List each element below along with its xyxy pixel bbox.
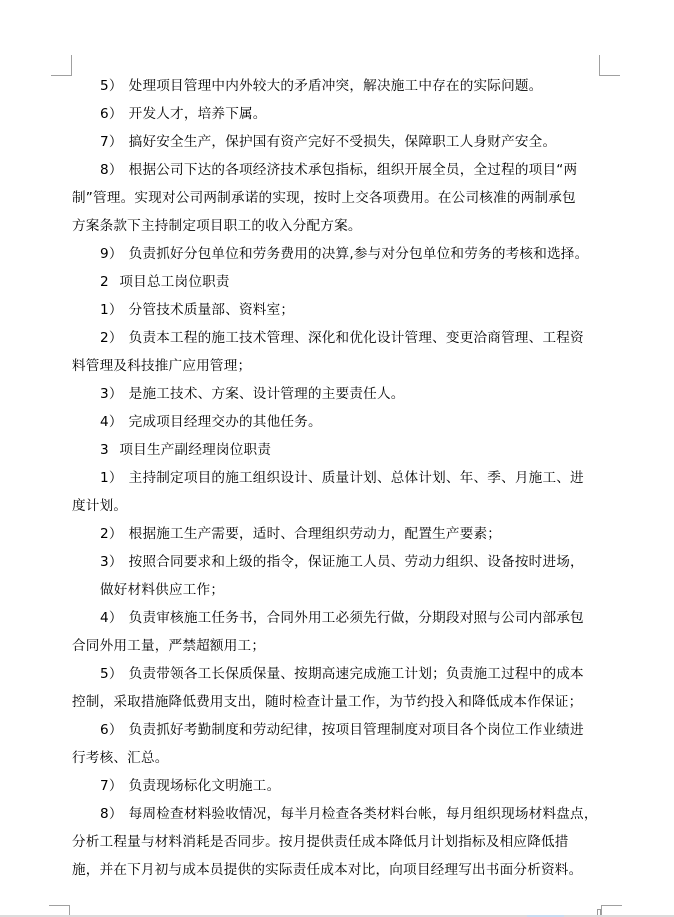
document-line: 8）根据公司下达的各项经济技术承包指标，组织开展全员，全过程的项目“两 — [72, 156, 602, 184]
line-text: 负责抓好考勤制度和劳动纪律，按项目管理制度对项目各个岗位工作业绩进 — [129, 722, 584, 738]
line-text: 控制，采取措施降低费用支出，随时检查计量工作，为节约投入和降低成本作保证； — [72, 694, 582, 710]
line-text: 负责审核施工任务书，合同外用工必须先行做，分期段对照与公司内部承包 — [129, 610, 584, 626]
line-text: 分管技术质量部、资料室； — [129, 302, 295, 318]
line-text: 根据公司下达的各项经济技术承包指标，组织开展全员，全过程的项目“两 — [129, 162, 578, 178]
line-text: 处理项目管理中内外较大的矛盾冲突，解决施工中存在的实际问题。 — [129, 78, 543, 94]
line-text: 料管理及科技推广应用管理； — [72, 358, 251, 374]
document-line: 控制，采取措施降低费用支出，随时检查计量工作，为节约投入和降低成本作保证； — [72, 688, 602, 716]
document-line: 2）负责本工程的施工技术管理、深化和优化设计管理、变更洽商管理、工程资 — [72, 324, 602, 352]
line-text: 完成项目经理交办的其他任务。 — [129, 414, 322, 430]
list-number: 9） — [100, 240, 123, 268]
list-number: 7） — [100, 772, 123, 800]
page-corner-mark-top-left — [51, 55, 72, 76]
document-line: 3）按照合同要求和上级的指令，保证施工人员、劳动力组织、设备按时进场， — [72, 548, 602, 576]
list-number: 2） — [100, 324, 123, 352]
line-text: 项目总工岗位职责 — [115, 274, 230, 290]
document-line: 6）负责抓好考勤制度和劳动纪律，按项目管理制度对项目各个岗位工作业绩进 — [72, 716, 602, 744]
list-number: 5） — [100, 72, 123, 100]
document-line: 5）处理项目管理中内外较大的矛盾冲突，解决施工中存在的实际问题。 — [72, 72, 602, 100]
line-text: 施，并在下月初与成本员提供的实际责任成本对比，向项目经理写出书面分析资料。 — [72, 862, 582, 878]
list-number: 7） — [100, 128, 123, 156]
document-line: 6）开发人才，培养下属。 — [72, 100, 602, 128]
line-text: 按照合同要求和上级的指令，保证施工人员、劳动力组织、设备按时进场， — [129, 554, 584, 570]
document-line: 7）负责现场标化文明施工。 — [72, 772, 602, 800]
line-text: 负责抓好分包单位和劳务费用的决算,参与对分包单位和劳务的考核和选择。 — [129, 246, 589, 262]
line-text: 负责带领各工长保质保量、按期高速完成施工计划；负责施工过程中的成本 — [129, 666, 584, 682]
line-text: 做好材料供应工作； — [100, 582, 224, 598]
list-number: 3） — [100, 380, 123, 408]
line-text: 合同外用工量，严禁超额用工； — [72, 638, 265, 654]
document-line: 3 项目生产副经理岗位职责 — [72, 436, 602, 464]
list-number: 8） — [100, 156, 123, 184]
line-text: 开发人才，培养下属。 — [129, 106, 267, 122]
list-number: 4） — [100, 408, 123, 436]
list-number: 1） — [100, 464, 123, 492]
document-line: 1）分管技术质量部、资料室； — [72, 296, 602, 324]
document-line: 料管理及科技推广应用管理； — [72, 352, 602, 380]
list-number: 3） — [100, 548, 123, 576]
document-line: 8）每周检查材料验收情况，每半月检查各类材料台帐，每月组织现场材料盘点， — [72, 800, 602, 828]
list-number: 5） — [100, 660, 123, 688]
document-line: 5）负责带领各工长保质保量、按期高速完成施工计划；负责施工过程中的成本 — [72, 660, 602, 688]
line-text: 度计划。 — [72, 498, 127, 514]
list-number: 8） — [100, 800, 123, 828]
document-line: 1）主持制定项目的施工组织设计、质量计划、总体计划、年、季、月施工、进 — [72, 464, 602, 492]
document-line: 分析工程量与材料消耗是否同步。按月提供责任成本降低月计划指标及相应降低措 — [72, 828, 602, 856]
line-text: 主持制定项目的施工组织设计、质量计划、总体计划、年、季、月施工、进 — [129, 470, 584, 486]
line-text: 方案条款下主持制定项目职工的收入分配方案。 — [72, 218, 362, 234]
page-corner-mark-top-right — [599, 55, 620, 76]
list-number: 6） — [100, 716, 123, 744]
document-line: 7）搞好安全生产，保护国有资产完好不受损失，保障职工人身财产安全。 — [72, 128, 602, 156]
document-line: 制”管理。实现对公司两制承诺的实现，按时上交各项费用。在公司核准的两制承包 — [72, 184, 602, 212]
document-line: 施，并在下月初与成本员提供的实际责任成本对比，向项目经理写出书面分析资料。 — [72, 856, 602, 884]
line-text: 分析工程量与材料消耗是否同步。按月提供责任成本降低月计划指标及相应降低措 — [72, 834, 569, 850]
document-line: 4）完成项目经理交办的其他任务。 — [72, 408, 602, 436]
document-line: 3）是施工技术、方案、设计管理的主要责任人。 — [72, 380, 602, 408]
document-line: 2）根据施工生产需要，适时、合理组织劳动力，配置生产要素； — [72, 520, 602, 548]
line-text: 每周检查材料验收情况，每半月检查各类材料台帐，每月组织现场材料盘点， — [129, 806, 598, 822]
list-number: 2 — [100, 268, 109, 296]
line-text: 根据施工生产需要，适时、合理组织劳动力，配置生产要素； — [129, 526, 501, 542]
document-line: 合同外用工量，严禁超额用工； — [72, 632, 602, 660]
line-text: 搞好安全生产，保护国有资产完好不受损失，保障职工人身财产安全。 — [129, 134, 557, 150]
line-text: 负责本工程的施工技术管理、深化和优化设计管理、变更洽商管理、工程资 — [129, 330, 584, 346]
list-number: 2） — [100, 520, 123, 548]
document-line: 行考核、汇总。 — [72, 744, 602, 772]
line-text: 行考核、汇总。 — [72, 750, 169, 766]
document-line: 4）负责审核施工任务书，合同外用工必须先行做，分期段对照与公司内部承包 — [72, 604, 602, 632]
line-text: 是施工技术、方案、设计管理的主要责任人。 — [129, 386, 405, 402]
document-line: 2 项目总工岗位职责 — [72, 268, 602, 296]
line-text: 负责现场标化文明施工。 — [129, 778, 281, 794]
document-line: 方案条款下主持制定项目职工的收入分配方案。 — [72, 212, 602, 240]
list-number: 3 — [100, 436, 109, 464]
line-text: 制”管理。实现对公司两制承诺的实现，按时上交各项费用。在公司核准的两制承包 — [72, 190, 576, 206]
list-number: 1） — [100, 296, 123, 324]
document-line: 9）负责抓好分包单位和劳务费用的决算,参与对分包单位和劳务的考核和选择。 — [72, 240, 602, 268]
line-text: 项目生产副经理岗位职责 — [115, 442, 271, 458]
document-line: 度计划。 — [72, 492, 602, 520]
list-number: 6） — [100, 100, 123, 128]
list-number: 4） — [100, 604, 123, 632]
document-line: 做好材料供应工作； — [72, 576, 602, 604]
document-body[interactable]: 5）处理项目管理中内外较大的矛盾冲突，解决施工中存在的实际问题。6）开发人才，培… — [72, 72, 602, 884]
